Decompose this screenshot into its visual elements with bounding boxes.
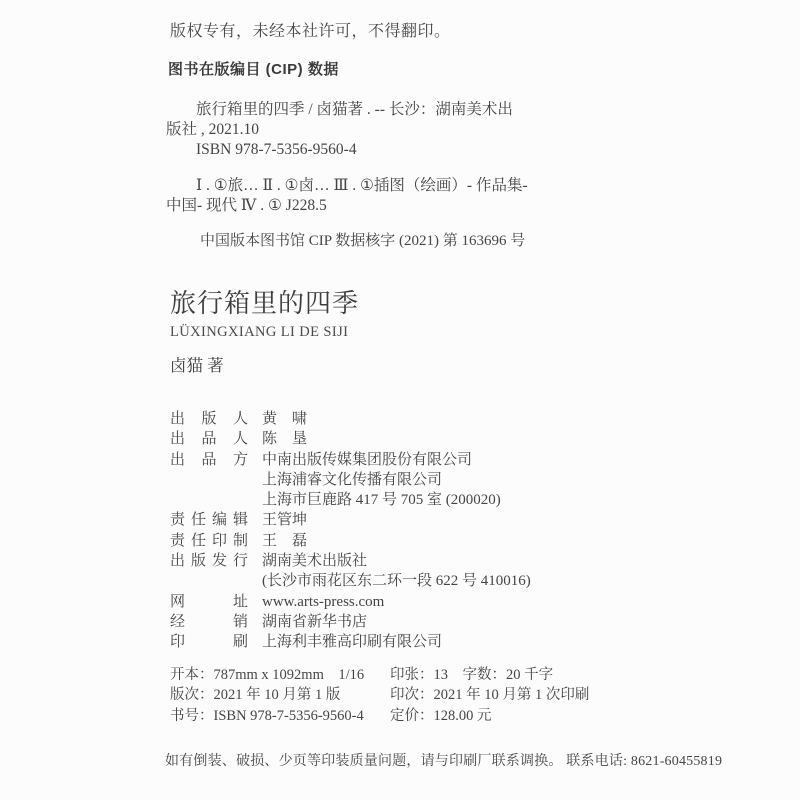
imprint-row-producer-company: 出 品 方 中南出版传媒集团股份有限公司 上海浦睿文化传播有限公司 上海市巨鹿路… (170, 450, 531, 511)
imprint-row-publishing-house: 出 版 发 行 湖南美术出版社 (长沙市雨花区东二环一段 622 号 41001… (170, 551, 531, 592)
imprint-row-printer: 印 刷 上海利丰雅高印刷有限公司 (170, 632, 531, 652)
spec-edition: 版次：2021 年 10 月第 1 版 (170, 685, 390, 705)
cip-header: 图书在版编目 (CIP) 数据 (168, 58, 339, 79)
imprint-label: 经 销 (170, 612, 248, 632)
book-title: 旅行箱里的四季 (170, 283, 359, 320)
imprint-label: 出 版 发 行 (170, 551, 248, 571)
imprint-value-line: 上海市巨鹿路 417 号 705 室 (200020) (262, 490, 501, 510)
imprint-value: 上海利丰雅高印刷有限公司 (262, 632, 442, 652)
imprint-value: 黄 啸 (262, 409, 307, 429)
spec-impression: 印次：2021 年 10 月第 1 次印刷 (390, 685, 589, 705)
cip-record-block: 旅行箱里的四季 / 卤猫著 . -- 长沙：湖南美术出 版社 , 2021.10… (166, 100, 513, 160)
cip-classification-block: Ⅰ . ①旅… Ⅱ . ①卤… Ⅲ . ①插图（绘画）- 作品集- 中国- 现代… (166, 176, 528, 216)
imprint-label: 出 品 人 (170, 429, 248, 449)
imprint-value-line: (长沙市雨花区东二环一段 622 号 410016) (262, 571, 531, 591)
spec-isbn: 书号：ISBN 978-7-5356-9560-4 (170, 706, 390, 726)
spec-format: 开本：787mm x 1092mm 1/16 (170, 665, 390, 685)
quality-contact-notice: 如有倒装、破损、少页等印装质量问题，请与印刷厂联系调换。 联系电话: 8621-… (165, 750, 722, 770)
imprint-row-distributor: 经 销 湖南省新华书店 (170, 612, 531, 632)
cip-record-line2: 版社 , 2021.10 (166, 120, 513, 140)
imprint-value: 王管坤 (262, 510, 307, 530)
imprint-label: 网 址 (170, 592, 248, 612)
imprint-value-line: 中南出版传媒集团股份有限公司 (262, 450, 501, 470)
book-copyright-page: 版权专有，未经本社许可，不得翻印。 图书在版编目 (CIP) 数据 旅行箱里的四… (0, 0, 800, 800)
imprint-value-line: 湖南美术出版社 (262, 551, 531, 571)
imprint-website-url: www.arts-press.com (262, 592, 384, 612)
book-author: 卤猫 著 (170, 352, 224, 376)
imprint-label: 出 品 方 (170, 450, 248, 470)
imprint-row-print-supervisor: 责 任 印 制 王 磊 (170, 531, 531, 551)
imprint-block: 出 版 人 黄 啸 出 品 人 陈 垦 出 品 方 中南出版传媒集团股份有限公司… (170, 409, 531, 653)
cip-isbn: ISBN 978-7-5356-9560-4 (196, 140, 513, 160)
imprint-row-publisher-person: 出 版 人 黄 啸 (170, 409, 531, 429)
book-title-pinyin: LÜXINGXIANG LI DE SIJI (170, 324, 348, 341)
imprint-value: 王 磊 (262, 531, 307, 551)
imprint-row-editor: 责 任 编 辑 王管坤 (170, 510, 531, 530)
print-specs-block: 开本：787mm x 1092mm 1/16 印张：13 字数：20 千字 版次… (170, 665, 589, 726)
imprint-value: 中南出版传媒集团股份有限公司 上海浦睿文化传播有限公司 上海市巨鹿路 417 号… (262, 450, 501, 511)
imprint-value: 湖南省新华书店 (262, 612, 367, 632)
imprint-value: 陈 垦 (262, 429, 307, 449)
cip-record-line1: 旅行箱里的四季 / 卤猫著 . -- 长沙：湖南美术出 (196, 100, 513, 120)
cip-classification-line1: Ⅰ . ①旅… Ⅱ . ①卤… Ⅲ . ①插图（绘画）- 作品集- (196, 176, 528, 196)
imprint-label: 印 刷 (170, 632, 248, 652)
specs-row-isbn-price: 书号：ISBN 978-7-5356-9560-4 定价：128.00 元 (170, 706, 589, 726)
imprint-label: 责 任 编 辑 (170, 510, 248, 530)
spec-sheets-wordcount: 印张：13 字数：20 千字 (390, 665, 553, 685)
imprint-label: 出 版 人 (170, 409, 248, 429)
imprint-value-line: 上海浦睿文化传播有限公司 (262, 470, 501, 490)
copyright-notice: 版权专有，未经本社许可，不得翻印。 (170, 18, 451, 41)
imprint-row-producer-person: 出 品 人 陈 垦 (170, 429, 531, 449)
cip-registry-number: 中国版本图书馆 CIP 数据核字 (2021) 第 163696 号 (166, 229, 525, 250)
imprint-row-website: 网 址 www.arts-press.com (170, 592, 531, 612)
spec-price: 定价：128.00 元 (390, 706, 492, 726)
imprint-value: 湖南美术出版社 (长沙市雨花区东二环一段 622 号 410016) (262, 551, 531, 592)
specs-row-format: 开本：787mm x 1092mm 1/16 印张：13 字数：20 千字 (170, 665, 589, 685)
cip-classification-line2: 中国- 现代 Ⅳ . ① J228.5 (166, 196, 528, 216)
specs-row-edition: 版次：2021 年 10 月第 1 版 印次：2021 年 10 月第 1 次印… (170, 685, 589, 705)
imprint-label: 责 任 印 制 (170, 531, 248, 551)
